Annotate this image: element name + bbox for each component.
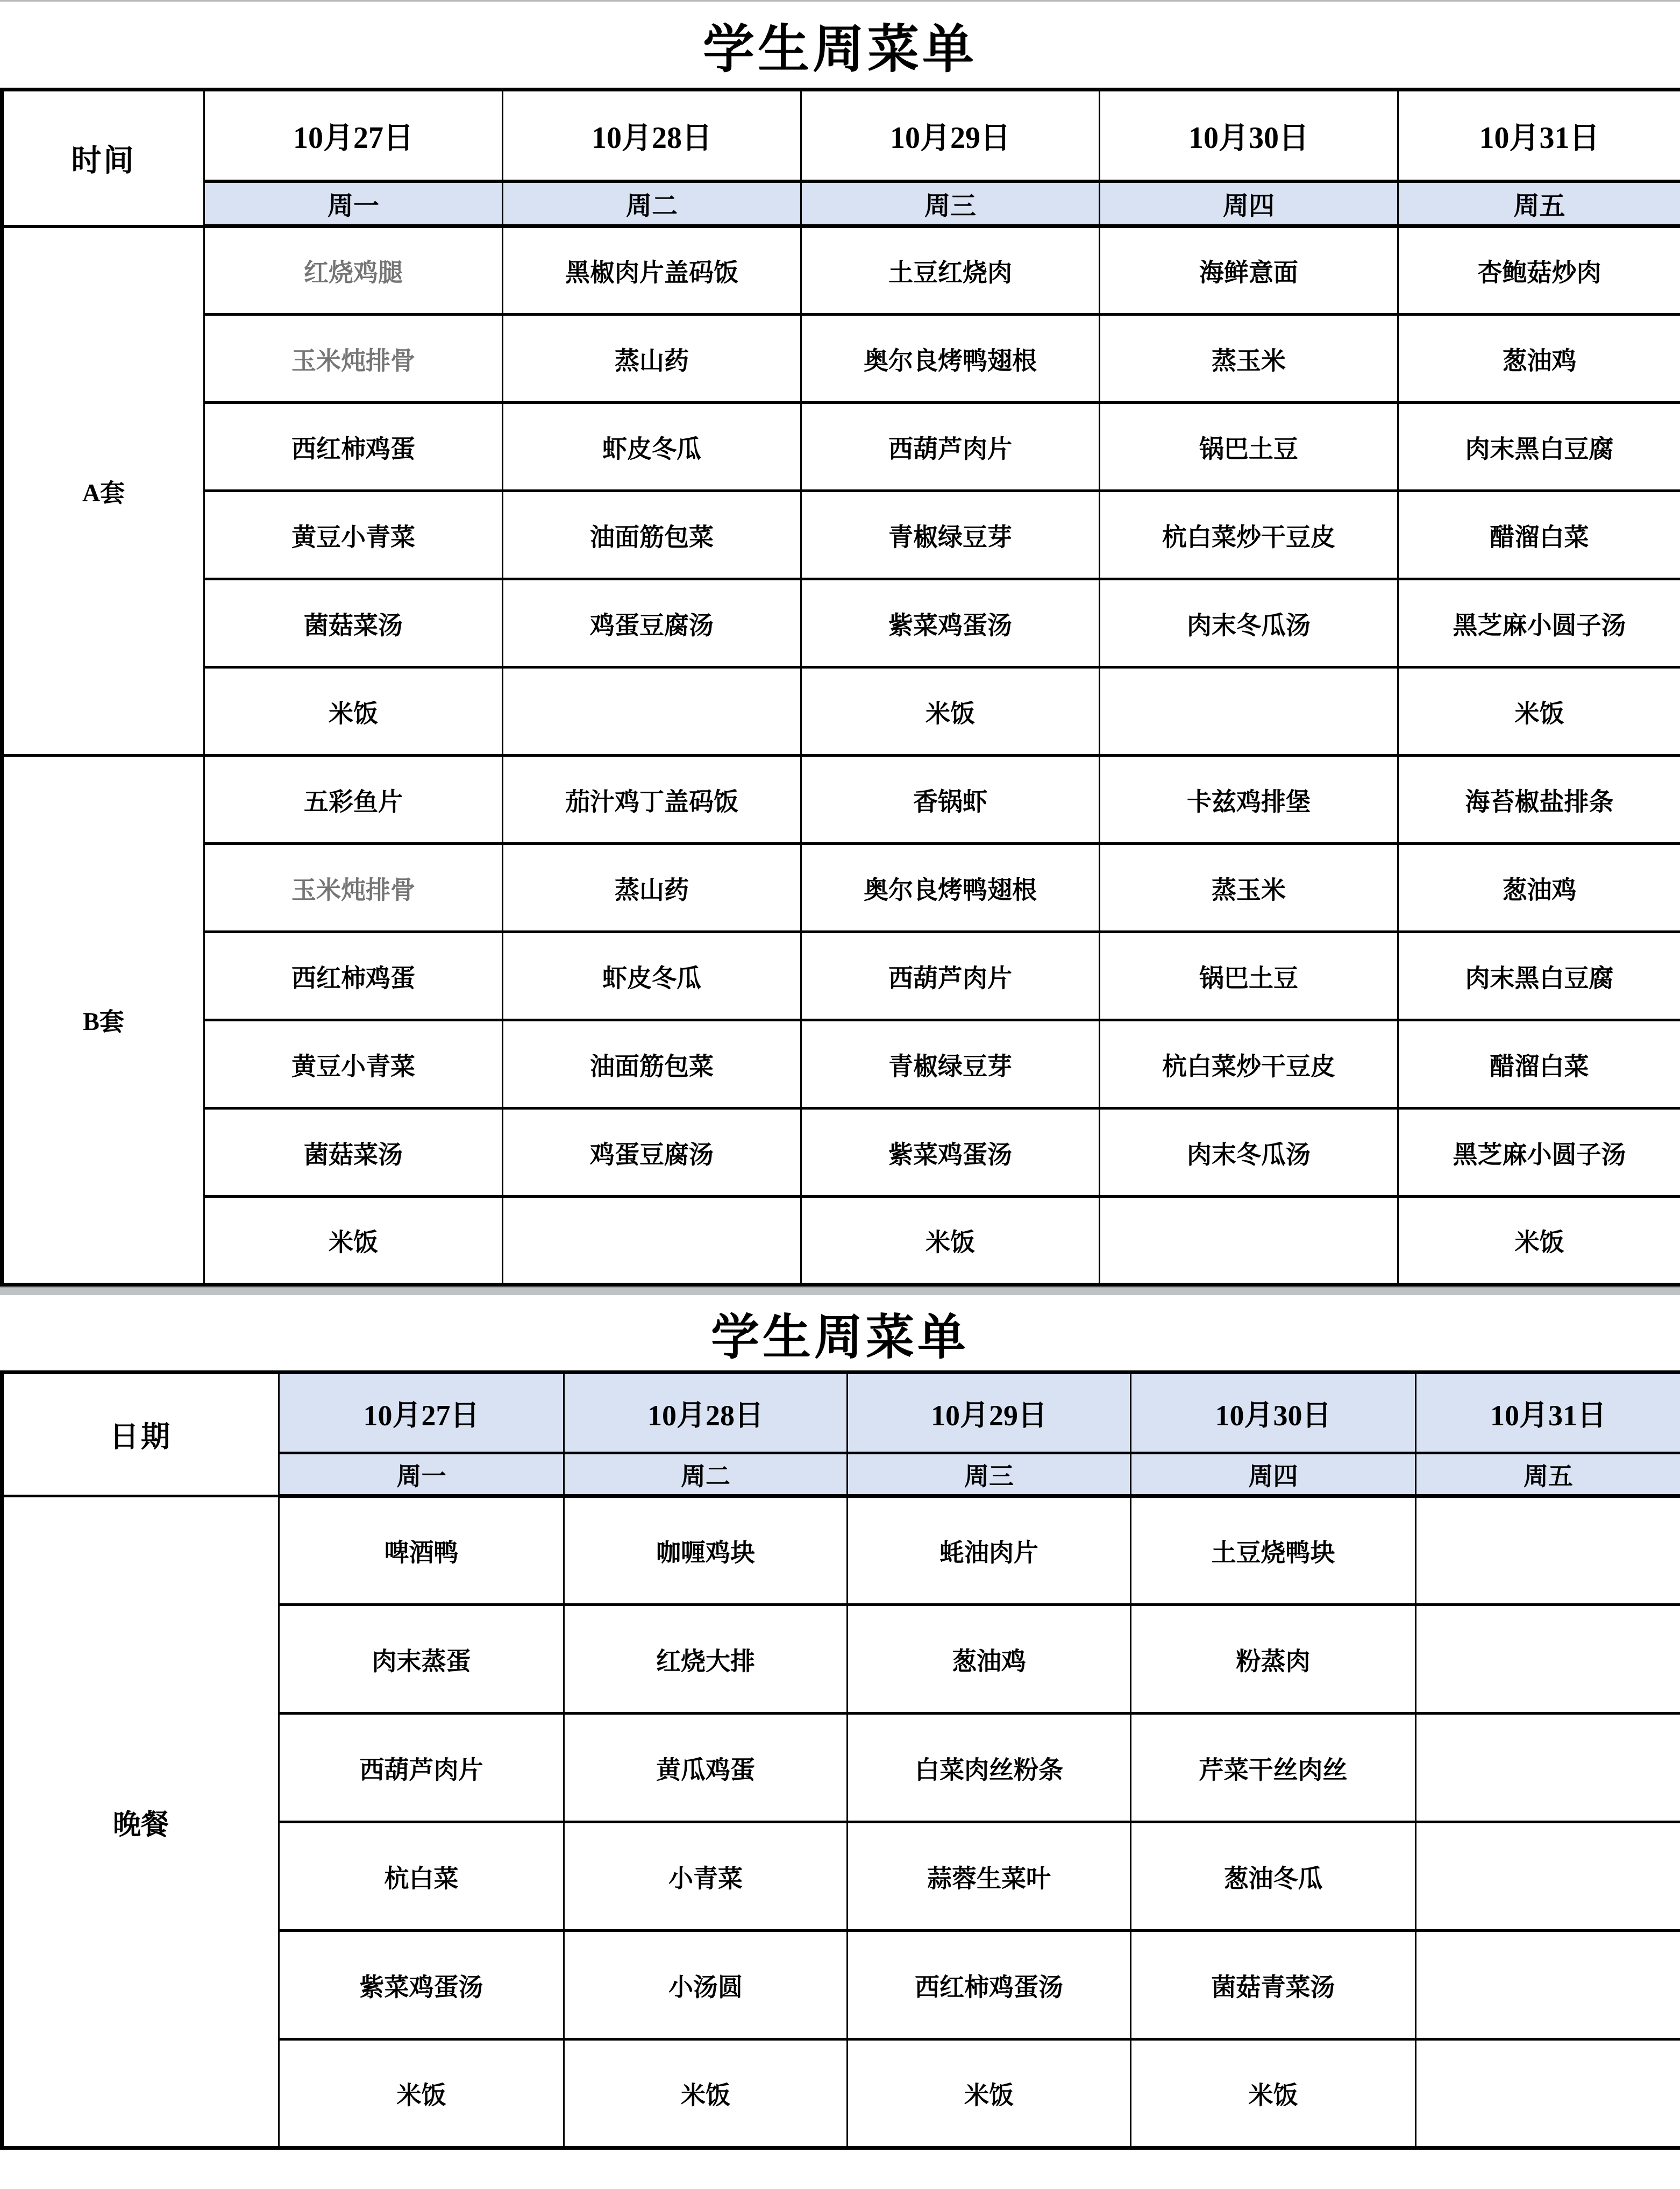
menu-cell: 锅巴土豆 xyxy=(1100,932,1398,1020)
section-label-dinner: 晚餐 xyxy=(2,1496,279,2148)
menu-cell: 香锅虾 xyxy=(801,756,1100,844)
menu-cell: 米饭 xyxy=(1131,2039,1416,2148)
lunch-date-header-row: 时间 10月27日 10月28日 10月29日 10月30日 10月31日 xyxy=(2,90,1680,181)
date-header-cell: 10月29日 xyxy=(801,90,1100,181)
menu-cell: 奥尔良烤鸭翅根 xyxy=(801,844,1100,932)
menu-cell: 蒸山药 xyxy=(503,844,801,932)
table-row: 菌菇菜汤 鸡蛋豆腐汤 紫菜鸡蛋汤 肉末冬瓜汤 黑芝麻小圆子汤 xyxy=(2,1108,1680,1197)
menu-cell: 紫菜鸡蛋汤 xyxy=(801,1108,1100,1197)
day-header-cell: 周五 xyxy=(1416,1453,1680,1496)
day-header-cell: 周三 xyxy=(848,1453,1131,1496)
table-row: 黄豆小青菜 油面筋包菜 青椒绿豆芽 杭白菜炒干豆皮 醋溜白菜 xyxy=(2,491,1680,579)
empty-cell xyxy=(1416,2039,1680,2148)
menu-cell: 土豆红烧肉 xyxy=(801,226,1100,315)
menu-cell: 小青菜 xyxy=(564,1822,848,1931)
empty-cell xyxy=(1416,1605,1680,1714)
menu-cell: 杏鲍菇炒肉 xyxy=(1398,226,1680,315)
empty-cell xyxy=(1416,1822,1680,1931)
menu-cell: 海苔椒盐排条 xyxy=(1398,756,1680,844)
menu-cell: 杭白菜 xyxy=(279,1822,564,1931)
menu-cell: 茄汁鸡丁盖码饭 xyxy=(503,756,801,844)
menu-cell: 黄瓜鸡蛋 xyxy=(564,1714,848,1822)
menu-cell: 玉米炖排骨 xyxy=(204,315,503,403)
empty-cell xyxy=(1100,1197,1398,1285)
date-header-cell: 10月29日 xyxy=(848,1373,1131,1453)
menu-cell: 西红柿鸡蛋汤 xyxy=(848,1931,1131,2039)
table-row: 菌菇菜汤 鸡蛋豆腐汤 紫菜鸡蛋汤 肉末冬瓜汤 黑芝麻小圆子汤 xyxy=(2,579,1680,667)
menu-cell: 菌菇菜汤 xyxy=(204,579,503,667)
menu-cell: 白菜肉丝粉条 xyxy=(848,1714,1131,1822)
table-row: 玉米炖排骨 蒸山药 奥尔良烤鸭翅根 蒸玉米 葱油鸡 xyxy=(2,844,1680,932)
date-corner-label: 日期 xyxy=(2,1373,279,1496)
empty-cell xyxy=(1416,1496,1680,1605)
menu-cell: 黄豆小青菜 xyxy=(204,491,503,579)
menu-cell: 米饭 xyxy=(279,2039,564,2148)
menu-cell: 黑芝麻小圆子汤 xyxy=(1398,579,1680,667)
menu-cell: 米饭 xyxy=(1398,667,1680,756)
menu-cell: 杭白菜炒干豆皮 xyxy=(1100,491,1398,579)
lunch-day-header-row: 周一 周二 周三 周四 周五 xyxy=(2,181,1680,226)
menu-cell: 杭白菜炒干豆皮 xyxy=(1100,1020,1398,1108)
menu-cell: 西红柿鸡蛋 xyxy=(204,403,503,491)
dinner-table-title: 学生周菜单 xyxy=(0,1295,1680,1370)
table-row: 西红柿鸡蛋 虾皮冬瓜 西葫芦肉片 锅巴土豆 肉末黑白豆腐 xyxy=(2,403,1680,491)
menu-cell: 蒸山药 xyxy=(503,315,801,403)
menu-cell: 红烧大排 xyxy=(564,1605,848,1714)
menu-cell: 油面筋包菜 xyxy=(503,491,801,579)
menu-cell: 虾皮冬瓜 xyxy=(503,403,801,491)
date-header-cell: 10月30日 xyxy=(1100,90,1398,181)
menu-cell: 奥尔良烤鸭翅根 xyxy=(801,315,1100,403)
table-row: 晚餐 啤酒鸭 咖喱鸡块 蚝油肉片 土豆烧鸭块 xyxy=(2,1496,1680,1605)
menu-cell: 紫菜鸡蛋汤 xyxy=(279,1931,564,2039)
menu-cell: 鸡蛋豆腐汤 xyxy=(503,1108,801,1197)
menu-cell: 西红柿鸡蛋 xyxy=(204,932,503,1020)
menu-cell: 西葫芦肉片 xyxy=(801,403,1100,491)
menu-cell: 蒜蓉生菜叶 xyxy=(848,1822,1131,1931)
menu-cell: 肉末蒸蛋 xyxy=(279,1605,564,1714)
menu-cell: 玉米炖排骨 xyxy=(204,844,503,932)
day-header-cell: 周二 xyxy=(564,1453,848,1496)
menu-cell: 黄豆小青菜 xyxy=(204,1020,503,1108)
menu-cell: 锅巴土豆 xyxy=(1100,403,1398,491)
dinner-date-header-row: 日期 10月27日 10月28日 10月29日 10月30日 10月31日 xyxy=(2,1373,1680,1453)
menu-cell: 葱油鸡 xyxy=(1398,315,1680,403)
menu-cell: 虾皮冬瓜 xyxy=(503,932,801,1020)
menu-cell: 西葫芦肉片 xyxy=(279,1714,564,1822)
date-header-cell: 10月30日 xyxy=(1131,1373,1416,1453)
day-header-cell: 周一 xyxy=(279,1453,564,1496)
dinner-menu-table: 日期 10月27日 10月28日 10月29日 10月30日 10月31日 周一… xyxy=(0,1370,1680,2150)
day-header-cell: 周四 xyxy=(1131,1453,1416,1496)
menu-cell: 米饭 xyxy=(801,667,1100,756)
table-separator xyxy=(0,1287,1680,1295)
menu-cell: 小汤圆 xyxy=(564,1931,848,2039)
date-header-cell: 10月28日 xyxy=(564,1373,848,1453)
empty-cell xyxy=(1416,1714,1680,1822)
menu-cell: 黑芝麻小圆子汤 xyxy=(1398,1108,1680,1197)
menu-cell: 米饭 xyxy=(204,667,503,756)
section-label-set-b: B套 xyxy=(2,756,204,1285)
menu-cell: 青椒绿豆芽 xyxy=(801,1020,1100,1108)
menu-sheet: 学生周菜单 时间 10月27日 10月28日 10月29日 10月30日 10月… xyxy=(0,0,1680,2189)
menu-cell: 蒸玉米 xyxy=(1100,315,1398,403)
menu-cell: 鸡蛋豆腐汤 xyxy=(503,579,801,667)
day-header-cell: 周三 xyxy=(801,181,1100,226)
menu-cell: 米饭 xyxy=(801,1197,1100,1285)
menu-cell: 米饭 xyxy=(848,2039,1131,2148)
section-label-set-a: A套 xyxy=(2,226,204,756)
time-corner-label: 时间 xyxy=(2,90,204,226)
menu-cell: 海鲜意面 xyxy=(1100,226,1398,315)
menu-cell: 肉末黑白豆腐 xyxy=(1398,932,1680,1020)
table-row: B套 五彩鱼片 茄汁鸡丁盖码饭 香锅虾 卡兹鸡排堡 海苔椒盐排条 xyxy=(2,756,1680,844)
menu-cell: 葱油鸡 xyxy=(1398,844,1680,932)
date-header-cell: 10月27日 xyxy=(204,90,503,181)
table-row: 米饭 米饭 米饭 xyxy=(2,1197,1680,1285)
day-header-cell: 周二 xyxy=(503,181,801,226)
table-row: A套 红烧鸡腿 黑椒肉片盖码饭 土豆红烧肉 海鲜意面 杏鲍菇炒肉 xyxy=(2,226,1680,315)
menu-cell: 油面筋包菜 xyxy=(503,1020,801,1108)
menu-cell: 紫菜鸡蛋汤 xyxy=(801,579,1100,667)
menu-cell: 粉蒸肉 xyxy=(1131,1605,1416,1714)
day-header-cell: 周四 xyxy=(1100,181,1398,226)
empty-cell xyxy=(503,667,801,756)
menu-cell: 五彩鱼片 xyxy=(204,756,503,844)
table-row: 黄豆小青菜 油面筋包菜 青椒绿豆芽 杭白菜炒干豆皮 醋溜白菜 xyxy=(2,1020,1680,1108)
table-row: 西红柿鸡蛋 虾皮冬瓜 西葫芦肉片 锅巴土豆 肉末黑白豆腐 xyxy=(2,932,1680,1020)
empty-cell xyxy=(1416,1931,1680,2039)
date-header-cell: 10月31日 xyxy=(1398,90,1680,181)
menu-cell: 红烧鸡腿 xyxy=(204,226,503,315)
menu-cell: 葱油冬瓜 xyxy=(1131,1822,1416,1931)
menu-cell: 蚝油肉片 xyxy=(848,1496,1131,1605)
menu-cell: 肉末黑白豆腐 xyxy=(1398,403,1680,491)
menu-cell: 菌菇菜汤 xyxy=(204,1108,503,1197)
day-header-cell: 周一 xyxy=(204,181,503,226)
menu-cell: 肉末冬瓜汤 xyxy=(1100,1108,1398,1197)
menu-cell: 蒸玉米 xyxy=(1100,844,1398,932)
date-header-cell: 10月27日 xyxy=(279,1373,564,1453)
menu-cell: 西葫芦肉片 xyxy=(801,932,1100,1020)
menu-cell: 青椒绿豆芽 xyxy=(801,491,1100,579)
date-header-cell: 10月31日 xyxy=(1416,1373,1680,1453)
menu-cell: 米饭 xyxy=(1398,1197,1680,1285)
table-row: 玉米炖排骨 蒸山药 奥尔良烤鸭翅根 蒸玉米 葱油鸡 xyxy=(2,315,1680,403)
lunch-table-title: 学生周菜单 xyxy=(0,2,1680,88)
menu-cell: 啤酒鸭 xyxy=(279,1496,564,1605)
date-header-cell: 10月28日 xyxy=(503,90,801,181)
menu-cell: 咖喱鸡块 xyxy=(564,1496,848,1605)
menu-cell: 醋溜白菜 xyxy=(1398,491,1680,579)
menu-cell: 米饭 xyxy=(204,1197,503,1285)
menu-cell: 芹菜干丝肉丝 xyxy=(1131,1714,1416,1822)
menu-cell: 黑椒肉片盖码饭 xyxy=(503,226,801,315)
menu-cell: 肉末冬瓜汤 xyxy=(1100,579,1398,667)
table-row: 米饭 米饭 米饭 xyxy=(2,667,1680,756)
menu-cell: 卡兹鸡排堡 xyxy=(1100,756,1398,844)
empty-cell xyxy=(1100,667,1398,756)
empty-cell xyxy=(503,1197,801,1285)
menu-cell: 米饭 xyxy=(564,2039,848,2148)
menu-cell: 葱油鸡 xyxy=(848,1605,1131,1714)
day-header-cell: 周五 xyxy=(1398,181,1680,226)
lunch-menu-table: 时间 10月27日 10月28日 10月29日 10月30日 10月31日 周一… xyxy=(0,88,1680,1287)
menu-cell: 醋溜白菜 xyxy=(1398,1020,1680,1108)
menu-cell: 土豆烧鸭块 xyxy=(1131,1496,1416,1605)
menu-cell: 菌菇青菜汤 xyxy=(1131,1931,1416,2039)
